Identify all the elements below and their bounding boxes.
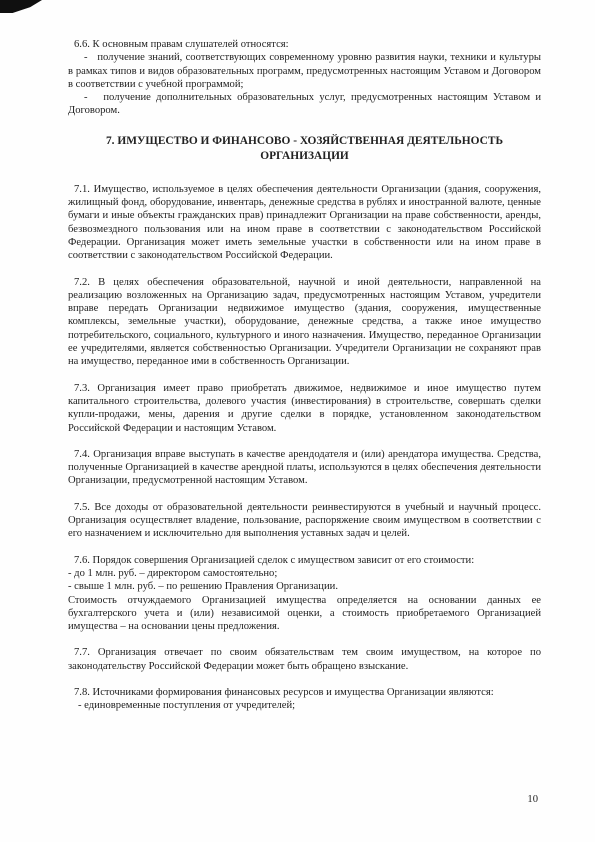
clause-7-1: 7.1. Имущество, используемое в целях обе… bbox=[68, 183, 541, 263]
clause-7-6-continuation: Стоимость отчуждаемого Организацией имущ… bbox=[68, 594, 541, 634]
clause-7-6-lead: 7.6. Порядок совершения Организацией сде… bbox=[68, 554, 541, 567]
clause-6-6-bullet-1: - получение знаний, соответствующих совр… bbox=[68, 51, 541, 91]
clause-7-6-option-2: - свыше 1 млн. руб. – по решению Правлен… bbox=[68, 580, 541, 593]
clause-7-3: 7.3. Организация имеет право приобретать… bbox=[68, 382, 541, 435]
scan-corner-artifact bbox=[0, 0, 42, 13]
clause-7-8-lead: 7.8. Источниками формирования финансовых… bbox=[68, 686, 541, 699]
clause-6-6-bullet-2: - получение дополнительных образовательн… bbox=[68, 91, 541, 118]
clause-7-5: 7.5. Все доходы от образовательной деяте… bbox=[68, 501, 541, 541]
document-page: 6.6. К основным правам слушателей относя… bbox=[0, 0, 595, 842]
page-number: 10 bbox=[527, 794, 538, 805]
clause-7-2: 7.2. В целях обеспечения образовательной… bbox=[68, 276, 541, 369]
section-7-heading: 7. ИМУЩЕСТВО И ФИНАНСОВО - ХОЗЯЙСТВЕННАЯ… bbox=[85, 134, 525, 164]
clause-7-6-option-1: - до 1 млн. руб. – директором самостояте… bbox=[68, 567, 541, 580]
clause-6-6-lead: 6.6. К основным правам слушателей относя… bbox=[68, 38, 541, 51]
clause-7-4: 7.4. Организация вправе выступать в каче… bbox=[68, 448, 541, 488]
document-body: 6.6. К основным правам слушателей относя… bbox=[68, 38, 541, 713]
clause-7-7: 7.7. Организация отвечает по своим обяза… bbox=[68, 646, 541, 673]
clause-7-8-bullet-1: - единовременные поступления от учредите… bbox=[68, 699, 541, 712]
